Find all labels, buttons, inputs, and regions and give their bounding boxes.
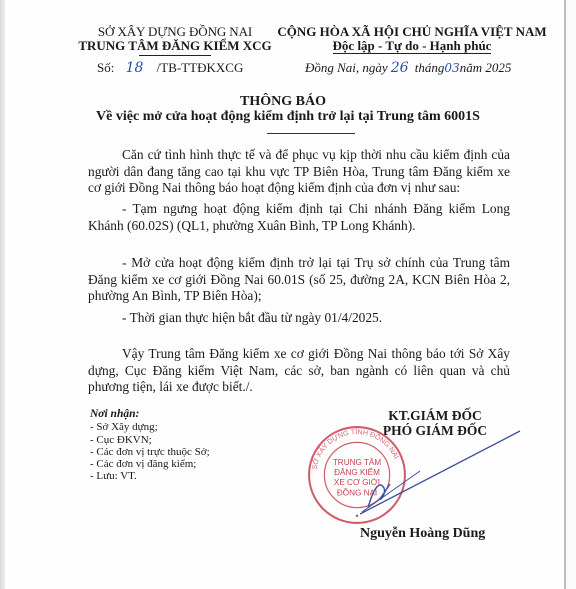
- handwritten-signature: [360, 426, 530, 516]
- body-paragraph: - Thời gian thực hiện bắt đầu từ ngày 01…: [88, 310, 510, 327]
- national-header: CỘNG HÒA XÃ HỘI CHỦ NGHĨA VIỆT NAM Độc l…: [272, 25, 552, 54]
- notice-subject: Về việc mở cửa hoạt động kiểm định trở l…: [0, 109, 576, 125]
- unit-underline: [139, 55, 211, 56]
- handwritten-month: 03: [444, 61, 459, 75]
- handwritten-number: 18: [126, 60, 144, 76]
- issuer-header: SỞ XÂY DỰNG ĐỒNG NAI TRUNG TÂM ĐĂNG KIỂM…: [75, 25, 275, 56]
- year-text: năm 2025: [460, 60, 512, 75]
- agency-name: SỞ XÂY DỰNG ĐỒNG NAI: [75, 25, 275, 39]
- body-paragraph: Căn cứ tình hình thực tế và để phục vụ k…: [88, 147, 510, 197]
- document-date: Đồng Nai, ngày26 tháng03năm 2025: [305, 60, 511, 76]
- subject-underline: [267, 133, 355, 134]
- signer-name: Nguyễn Hoàng Dũng: [360, 526, 485, 542]
- notice-title: THÔNG BÁO: [0, 94, 566, 110]
- country-name: CỘNG HÒA XÃ HỘI CHỦ NGHĨA VIỆT NAM: [272, 25, 552, 39]
- month-label: tháng: [415, 60, 445, 75]
- national-motto: Độc lập - Tự do - Hạnh phúc: [333, 39, 492, 54]
- number-label: Số:: [97, 60, 114, 75]
- recipient-item: - Các đơn vị đăng kiểm;: [90, 458, 260, 470]
- number-suffix: /TB-TTĐKXCG: [157, 60, 244, 75]
- recipients-heading: Nơi nhận:: [90, 408, 260, 420]
- recipient-item: - Cục ĐKVN;: [90, 434, 260, 446]
- scan-margin: [566, 0, 576, 589]
- signature-strokes-icon: [360, 426, 530, 516]
- document-number: Số: 18 /TB-TTĐKXCG: [97, 60, 243, 76]
- recipients-list: Nơi nhận: - Sở Xây dựng; - Cục ĐKVN; - C…: [90, 408, 260, 483]
- body-paragraph: - Mở cửa hoạt động kiểm định trở lại tại…: [88, 255, 510, 305]
- body-paragraph: Vậy Trung tâm Đăng kiểm xe cơ giới Đồng …: [88, 346, 510, 396]
- recipient-item: - Sở Xây dựng;: [90, 421, 260, 433]
- unit-name: TRUNG TÂM ĐĂNG KIỂM XCG: [75, 39, 275, 53]
- body-paragraph: - Tạm ngưng hoạt động kiểm định tại Chi …: [88, 201, 510, 234]
- recipient-item: - Các đơn vị trực thuộc Sở;: [90, 446, 260, 458]
- handwritten-day: 26: [391, 60, 409, 76]
- recipient-item: - Lưu: VT.: [90, 470, 260, 482]
- signature-line-1: KT.GIÁM ĐỐC: [340, 408, 530, 423]
- date-prefix: Đồng Nai, ngày: [305, 60, 388, 75]
